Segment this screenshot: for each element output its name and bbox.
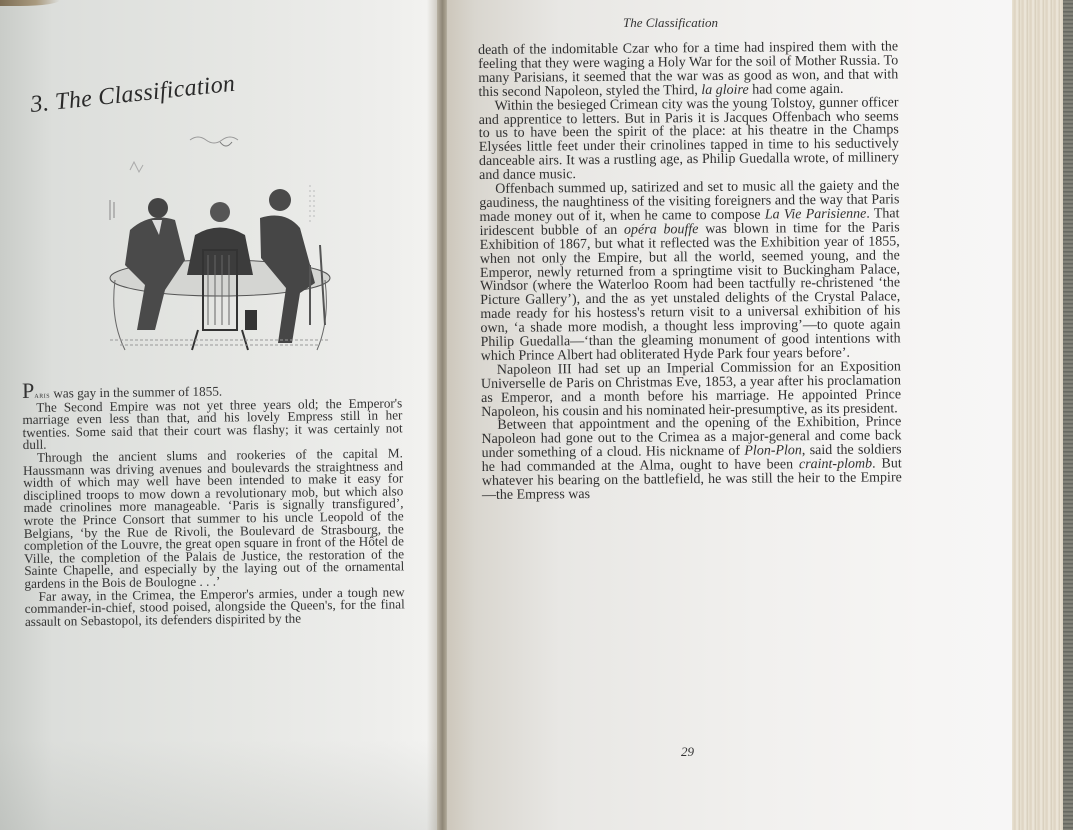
paragraph: The Second Empire was not yet three year… [22,397,403,452]
left-page-body: Paris was gay in the summer of 1855. The… [22,379,405,628]
paragraph: Offenbach summed up, satirized and set t… [479,179,901,363]
open-book-spread: 3. The Classification [0,0,1073,830]
paragraph: death of the indomitable Czar who for a … [478,40,898,99]
running-head: The Classification [623,15,718,31]
paragraph: Through the ancient slums and rookeries … [23,447,405,590]
drop-cap: P [22,378,35,403]
page-number: 29 [681,744,694,760]
paragraph: Far away, in the Crimea, the Emperor's a… [25,586,405,628]
page-edges [1012,0,1073,830]
paragraph: Within the besieged Crimean city was the… [478,96,899,183]
engraving-illustration-icon [70,130,360,360]
right-page-body: death of the indomitable Czar who for a … [478,40,902,503]
paragraph: Napoleon III had set up an Imperial Comm… [481,360,901,419]
chapter-title: 3. The Classification [29,71,236,119]
paragraph: Between that appointment and the opening… [481,416,902,503]
left-page: 3. The Classification [0,0,440,830]
page-shadow [0,740,440,830]
page-corner [0,0,60,6]
